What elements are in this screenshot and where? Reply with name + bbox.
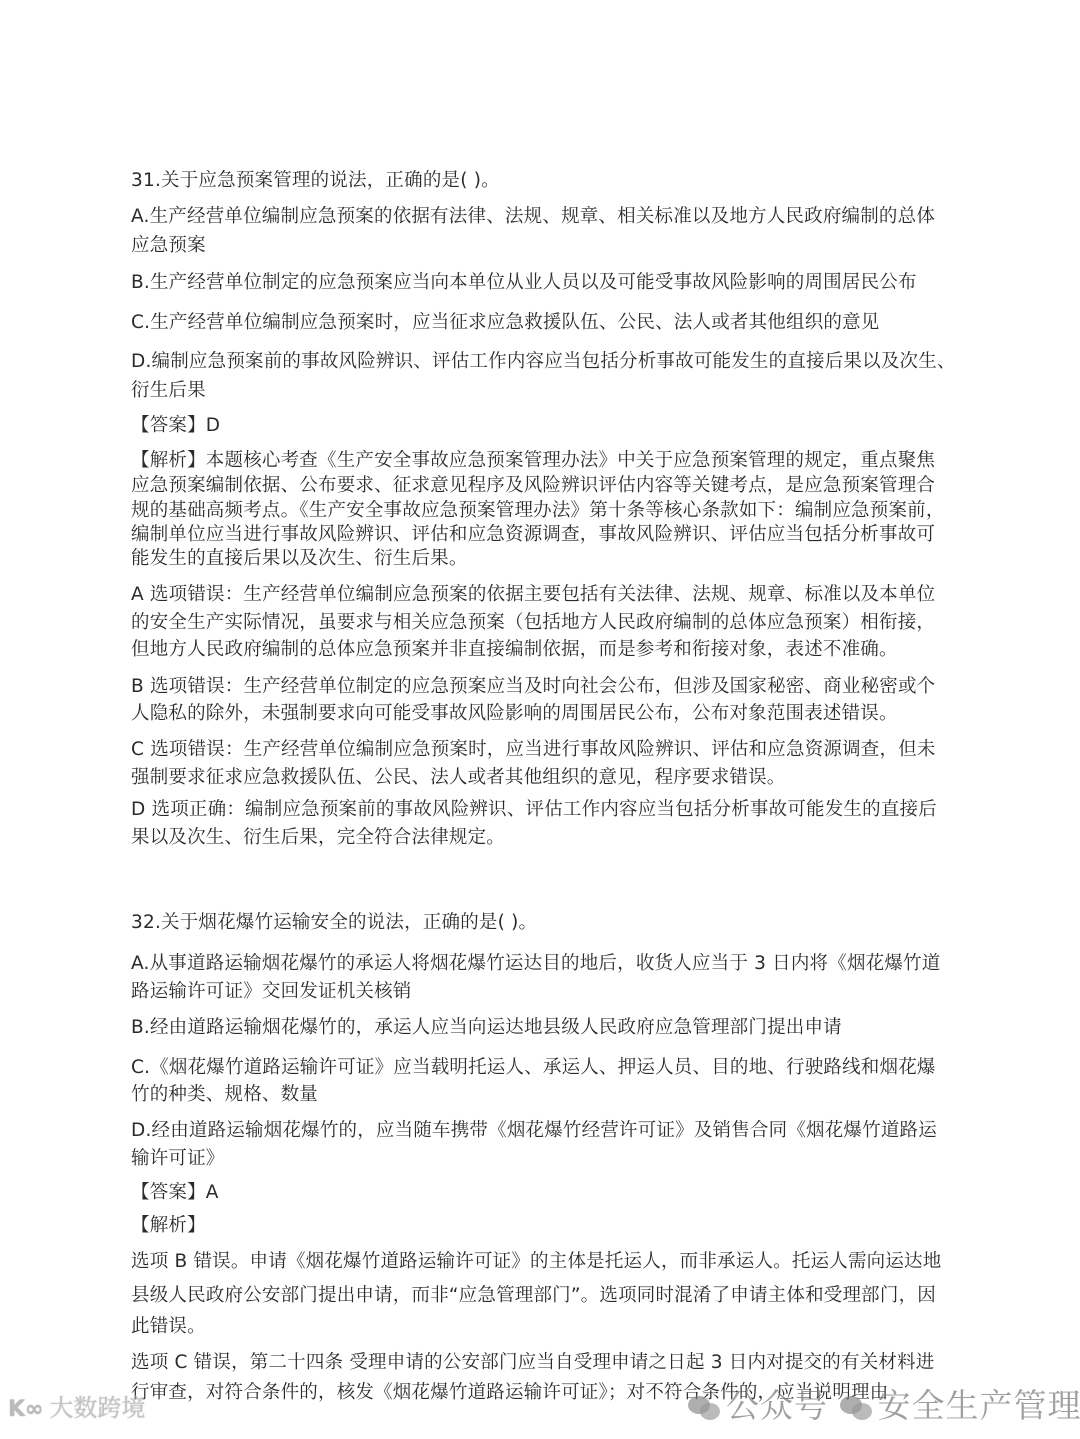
q31-analysis-line4: 编制单位应当进行事故风险辨识、评估和应急资源调查，事故风险辨识、评估应当包括分析… bbox=[131, 522, 935, 548]
q31-explain-b-line1: B 选项错误：生产经营单位制定的应急预案应当及时向社会公布，但涉及国家秘密、商业… bbox=[131, 674, 935, 700]
q31-analysis-line3: 规的基础高频考点。《生产安全事故应急预案管理办法》第十条等核心条款如下：编制应急… bbox=[131, 498, 945, 524]
q31-explain-d-line2: 果以及次生、衍生后果，完全符合法律规定。 bbox=[131, 825, 505, 851]
q31-analysis-line1: 【解析】本题核心考查《生产安全事故应急预案管理办法》中关于应急预案管理的规定，重… bbox=[131, 448, 935, 474]
q31-option-d-line2: 衍生后果 bbox=[131, 378, 206, 404]
q32-option-a-line1: A.从事道路运输烟花爆竹的承运人将烟花爆竹运达目的地后，收货人应当于 3 日内将… bbox=[131, 951, 940, 977]
platform-logo-icon: K∞ bbox=[8, 1395, 43, 1425]
q32-answer: 【答案】A bbox=[131, 1180, 219, 1206]
wechat-watermark: 公众号 安全生产管理小课堂 bbox=[688, 1386, 1080, 1426]
platform-watermark: K∞大数跨境 bbox=[8, 1393, 145, 1425]
question-32-title: 32.关于烟花爆竹运输安全的说法，正确的是( )。 bbox=[131, 910, 537, 936]
question-31-title: 31.关于应急预案管理的说法，正确的是( )。 bbox=[131, 168, 500, 194]
q32-option-d-line1: D.经由道路运输烟花爆竹的，应当随车携带《烟花爆竹经营许可证》及销售合同《烟花爆… bbox=[131, 1118, 937, 1144]
q31-answer: 【答案】D bbox=[131, 413, 220, 439]
q32-explain-b-line2: 县级人民政府公安部门提出申请，而非“应急管理部门”。选项同时混淆了申请主体和受理… bbox=[131, 1283, 936, 1309]
wechat-icon bbox=[688, 1394, 722, 1422]
q31-explain-d-line1: D 选项正确：编制应急预案前的事故风险辨识、评估工作内容应当包括分析事故可能发生… bbox=[131, 797, 937, 823]
q32-option-c-line2: 竹的种类、规格、数量 bbox=[131, 1082, 318, 1108]
q31-explain-a-line3: 但地方人民政府编制的总体应急预案并非直接编制依据，而是参考和衔接对象，表述不准确… bbox=[131, 637, 898, 663]
q32-option-c-line1: C.《烟花爆竹道路运输许可证》应当载明托运人、承运人、押运人员、目的地、行驶路线… bbox=[131, 1055, 936, 1081]
q32-explain-c-line1: 选项 C 错误，第二十四条 受理申请的公安部门应当自受理申请之日起 3 日内对提… bbox=[131, 1350, 935, 1376]
q31-explain-c-line2: 强制要求征求应急救援队伍、公民、法人或者其他组织的意见，程序要求错误。 bbox=[131, 765, 786, 791]
q31-explain-c-line1: C 选项错误：生产经营单位编制应急预案时，应当进行事故风险辨识、评估和应急资源调… bbox=[131, 737, 936, 763]
q32-option-d-line2: 输许可证》 bbox=[131, 1146, 225, 1172]
wechat-icon-2 bbox=[840, 1394, 874, 1422]
q31-option-d-line1: D.编制应急预案前的事故风险辨识、评估工作内容应当包括分析事故可能发生的直接后果… bbox=[131, 349, 956, 375]
q32-explain-b-line1: 选项 B 错误。申请《烟花爆竹道路运输许可证》的主体是托运人，而非承运人。托运人… bbox=[131, 1249, 941, 1275]
q31-analysis-line2: 应急预案编制依据、公布要求、征求意见程序及风险辨识评估内容等关键考点，是应急预案… bbox=[131, 473, 935, 499]
q32-option-a-line2: 路运输许可证》交回发证机关核销 bbox=[131, 979, 412, 1005]
watermark-prefix: 公众号 bbox=[726, 1386, 828, 1425]
q32-option-b: B.经由道路运输烟花爆竹的，承运人应当向运达地县级人民政府应急管理部门提出申请 bbox=[131, 1015, 842, 1041]
q31-analysis-line5: 能发生的直接后果以及次生、衍生后果。 bbox=[131, 546, 468, 572]
q32-analysis-heading: 【解析】 bbox=[131, 1213, 206, 1239]
q31-explain-a-line2: 的安全生产实际情况，虽要求与相关应急预案（包括地方人民政府编制的总体应急预案）相… bbox=[131, 610, 935, 636]
platform-watermark-text: 大数跨境 bbox=[49, 1394, 145, 1422]
q31-option-b: B.生产经营单位制定的应急预案应当向本单位从业人员以及可能受事故风险影响的周围居… bbox=[131, 270, 917, 296]
q31-option-a-line1: A.生产经营单位编制应急预案的依据有法律、法规、规章、相关标准以及地方人民政府编… bbox=[131, 204, 935, 230]
q31-option-c: C.生产经营单位编制应急预案时，应当征求应急救援队伍、公民、法人或者其他组织的意… bbox=[131, 310, 880, 336]
q32-explain-b-line3: 此错误。 bbox=[131, 1314, 206, 1340]
q31-option-a-line2: 应急预案 bbox=[131, 233, 206, 259]
watermark-account-name: 安全生产管理小课堂 bbox=[878, 1386, 1080, 1425]
q31-explain-b-line2: 人隐私的除外，未强制要求向可能受事故风险影响的周围居民公布，公布对象范围表述错误… bbox=[131, 701, 898, 727]
document-page: 31.关于应急预案管理的说法，正确的是( )。 A.生产经营单位编制应急预案的依… bbox=[0, 0, 1080, 1439]
q31-explain-a-line1: A 选项错误：生产经营单位编制应急预案的依据主要包括有关法律、法规、规章、标准以… bbox=[131, 582, 935, 608]
